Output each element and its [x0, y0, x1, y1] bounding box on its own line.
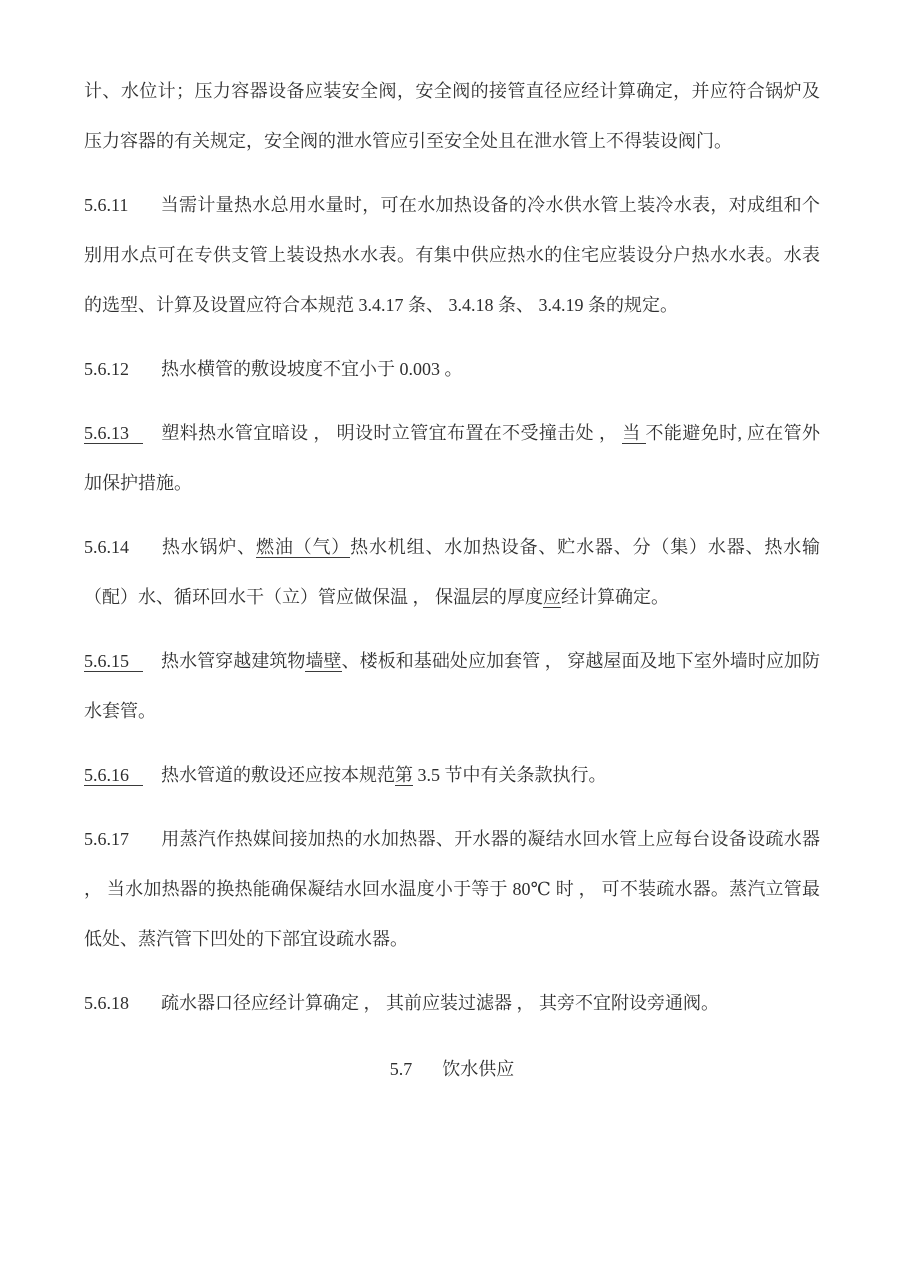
text-segment-underlined: 应 — [543, 587, 561, 608]
text-segment: 3.5 节中有关条款执行。 — [413, 765, 607, 785]
text-segment-underlined: 当 — [622, 423, 645, 444]
clause-number: 5.6.16 — [84, 765, 143, 786]
clause-paragraph: 5.6.18疏水器口径应经计算确定 ， 其前应装过滤器 ， 其旁不宜附设旁通阀。 — [84, 978, 820, 1028]
clause-paragraph: 5.6.12热水横管的敷设坡度不宜小于 0.003 。 — [84, 344, 820, 394]
text-segment: 塑料热水管宜暗设 ， 明设时立管宜布置在不受撞击处 ， — [161, 423, 622, 443]
clause-number: 5.6.13 — [84, 423, 143, 444]
text-segment: 热水管穿越建筑物 — [161, 651, 305, 671]
text-segment-underlined: 墙壁 — [305, 651, 341, 672]
section-number: 5.7 — [390, 1059, 413, 1079]
clause-number: 5.6.17 — [84, 829, 161, 849]
text-segment: 用蒸汽作热媒间接加热的水加热器、开水器的凝结水回水管上应每台设备设疏水器 ， 当… — [84, 829, 820, 949]
text-segment: 计、水位计；压力容器设备应装安全阀，安全阀的接管直径应经计算确定，并应符合锅炉及… — [84, 81, 820, 151]
clause-number: 5.6.11 — [84, 195, 160, 215]
clause-number: 5.6.15 — [84, 651, 143, 672]
clause-number: 5.6.14 — [84, 537, 161, 557]
clause-paragraph: 5.6.16热水管道的敷设还应按本规范第 3.5 节中有关条款执行。 — [84, 750, 820, 800]
clause-number: 5.6.18 — [84, 993, 161, 1013]
body-paragraph: 计、水位计；压力容器设备应装安全阀，安全阀的接管直径应经计算确定，并应符合锅炉及… — [84, 66, 820, 166]
text-segment-underlined: 第 — [395, 765, 413, 786]
text-segment: 经计算确定。 — [561, 587, 669, 607]
text-segment: 热水管道的敷设还应按本规范 — [161, 765, 395, 785]
document-page: 计、水位计；压力容器设备应装安全阀，安全阀的接管直径应经计算确定，并应符合锅炉及… — [0, 0, 900, 1273]
text-segment: 热水锅炉、 — [161, 537, 256, 557]
clause-paragraph: 5.6.15热水管穿越建筑物墙壁、楼板和基础处应加套管 ， 穿越屋面及地下室外墙… — [84, 636, 820, 736]
clause-paragraph: 5.6.11当需计量热水总用水量时，可在水加热设备的冷水供水管上装冷水表，对成组… — [84, 180, 820, 330]
text-segment-underlined: 燃油（气） — [256, 537, 350, 558]
text-segment: 疏水器口径应经计算确定 ， 其前应装过滤器 ， 其旁不宜附设旁通阀。 — [161, 993, 719, 1013]
text-segment: 当需计量热水总用水量时，可在水加热设备的冷水供水管上装冷水表，对成组和个别用水点… — [84, 195, 820, 315]
section-title: 饮水供应 — [442, 1059, 514, 1079]
section-heading: 5.7饮水供应 — [84, 1044, 820, 1094]
clause-paragraph: 5.6.14热水锅炉、燃油（气）热水机组、水加热设备、贮水器、分（集）水器、热水… — [84, 522, 820, 622]
clause-number: 5.6.12 — [84, 359, 161, 379]
clause-paragraph: 5.6.13塑料热水管宜暗设 ， 明设时立管宜布置在不受撞击处 ， 当 不能避免… — [84, 408, 820, 508]
clause-paragraph: 5.6.17用蒸汽作热媒间接加热的水加热器、开水器的凝结水回水管上应每台设备设疏… — [84, 814, 820, 964]
text-segment: 热水横管的敷设坡度不宜小于 0.003 。 — [161, 359, 463, 379]
